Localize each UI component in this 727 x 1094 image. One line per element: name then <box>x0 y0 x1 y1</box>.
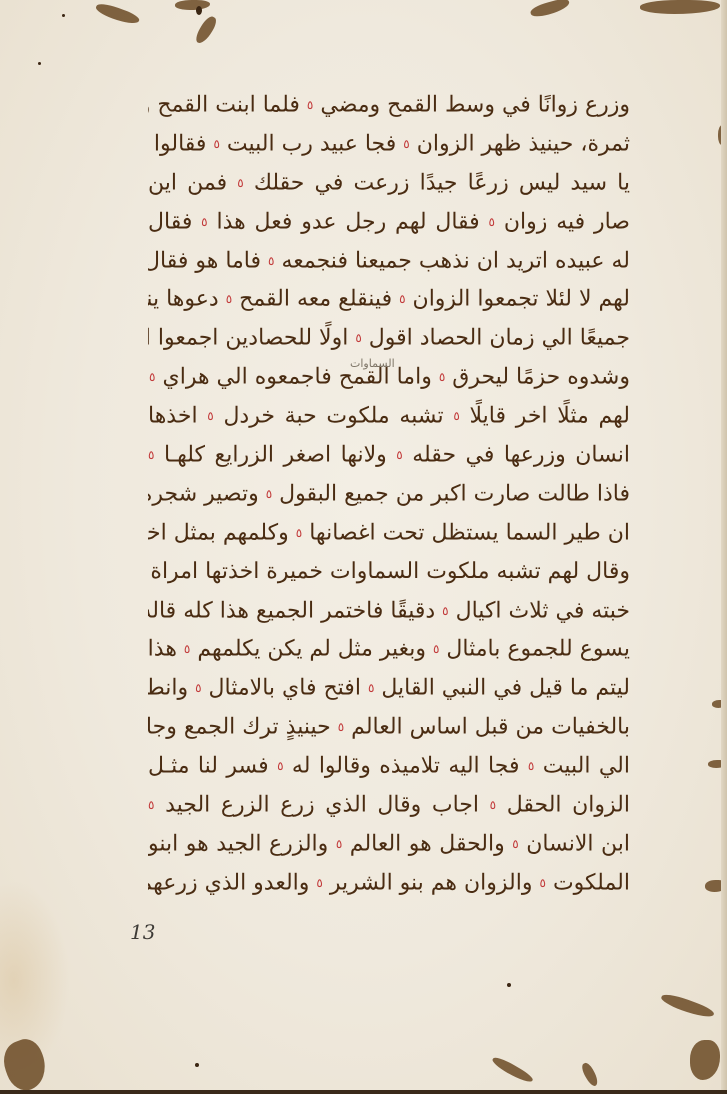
rubric-marker: ٥ <box>512 837 518 851</box>
page-edge-right <box>721 0 727 1094</box>
text-line-20: ابن الانسان ٥ والحقل هو العالم ٥ والزرع … <box>148 825 630 864</box>
rubric-marker: ٥ <box>266 487 272 501</box>
text-line-15: يسوع للجموع بامثال ٥ وبغير مثل لم يكن يك… <box>148 630 630 669</box>
text-line-14: خبته في ثلاث اكيال ٥ دقيقًا فاختمر الجمي… <box>148 592 630 631</box>
worm-damage-right-6 <box>690 1040 720 1080</box>
worm-damage-right-5 <box>660 991 716 1021</box>
worm-damage-top-1 <box>94 1 140 28</box>
ink-spot <box>38 62 41 65</box>
manuscript-page: وزرع زوانًا في وسط القمح ومضي ٥ فلما ابن… <box>0 0 727 1094</box>
worm-damage-bottom-1 <box>491 1054 535 1085</box>
text-line-19: الزوان الحقل ٥ اجاب وقال الذي زرع الزرع … <box>148 786 630 825</box>
rubric-marker: ٥ <box>201 215 207 229</box>
rubric-marker: ٥ <box>237 176 243 190</box>
text-line-16: ليتم ما قيل في النبي القايل ٥ افتح فاي ب… <box>148 669 630 708</box>
rubric-marker: ٥ <box>528 759 534 773</box>
text-line-18: الي البيت ٥ فجا اليه تلاميذه وقالوا له ٥… <box>148 747 630 786</box>
rubric-marker: ٥ <box>277 759 283 773</box>
rubric-marker: ٥ <box>195 681 201 695</box>
rubric-marker: ٥ <box>489 215 495 229</box>
rubric-marker: ٥ <box>403 137 409 151</box>
rubric-marker: ٥ <box>453 409 459 423</box>
text-line-2: ثمرة، حينيذ ظهر الزوان ٥ فجا عبيد رب الب… <box>148 125 630 164</box>
rubric-marker: ٥ <box>396 448 402 462</box>
rubric-marker: ٥ <box>355 331 361 345</box>
rubric-marker: ٥ <box>490 798 496 812</box>
rubric-marker: ٥ <box>442 604 448 618</box>
page-edge-bottom <box>0 1090 727 1094</box>
text-line-12: ان طير السما يستظل تحت اغصانها ٥ وكلمهم … <box>148 514 630 553</box>
text-line-13: وقال لهم تشبه ملكوت السماوات خميرة اخذته… <box>148 553 630 592</box>
text-line-3: يا سيد ليس زرعًا جيدًا زرعت في حقلك ٥ فم… <box>148 164 630 203</box>
rubric-marker: ٥ <box>338 720 344 734</box>
text-line-11: فاذا طالت صارت اكبر من جميع البقول ٥ وتص… <box>148 475 630 514</box>
rubric-marker: ٥ <box>307 98 313 112</box>
ink-spot <box>62 14 65 17</box>
worm-damage-top-5 <box>640 0 720 14</box>
ink-spot <box>196 6 202 15</box>
rubric-marker: ٥ <box>433 642 439 656</box>
worm-damage-bottom-2 <box>579 1061 600 1088</box>
rubric-marker: ٥ <box>213 137 219 151</box>
rubric-marker: ٥ <box>149 370 155 384</box>
rubric-marker: ٥ <box>540 876 546 890</box>
text-line-5: له عبيده اتريد ان نذهب جميعنا فنجمعه ٥ ف… <box>148 242 630 281</box>
text-line-21: الملكوت ٥ والزوان هم بنو الشرير ٥ والعدو… <box>148 864 630 903</box>
rubric-marker: ٥ <box>268 254 274 268</box>
rubric-marker: ٥ <box>336 837 342 851</box>
rubric-marker: ٥ <box>184 642 190 656</box>
ink-spot <box>507 983 511 987</box>
rubric-marker: ٥ <box>226 292 232 306</box>
ink-spot <box>195 1063 199 1067</box>
manuscript-text: وزرع زوانًا في وسط القمح ومضي ٥ فلما ابن… <box>148 86 630 903</box>
text-line-7: جميعًا الي زمان الحصاد اقول ٥ اولًا للحص… <box>148 319 630 358</box>
text-line-1: وزرع زوانًا في وسط القمح ومضي ٥ فلما ابن… <box>148 86 630 125</box>
text-line-10: انسان وزرعها في حقله ٥ ولانها اصغر الزرا… <box>148 436 630 475</box>
interlinear-note: السماوات <box>350 357 395 370</box>
text-line-6: لهم لا لئلا تجمعوا الزوان ٥ فينقلع معه ا… <box>148 280 630 319</box>
text-line-17: بالخفيات من قبل اساس العالم ٥ حينيذٍ ترك… <box>148 708 630 747</box>
rubric-marker: ٥ <box>368 681 374 695</box>
rubric-marker: ٥ <box>399 292 405 306</box>
worm-damage-top-4 <box>529 0 571 19</box>
rubric-marker: ٥ <box>207 409 213 423</box>
folio-number: 13 <box>130 920 155 944</box>
rubric-marker: ٥ <box>148 448 154 462</box>
worm-damage-top-3 <box>193 14 218 46</box>
worm-damage-top-2 <box>175 0 210 10</box>
text-line-4: صار فيه زوان ٥ فقال لهم رجل عدو فعل هذا … <box>148 203 630 242</box>
text-line-9: لهم مثلًا اخر قايلًا ٥ تشبه ملكوت حبة خر… <box>148 397 630 436</box>
rubric-marker: ٥ <box>148 798 154 812</box>
rubric-marker: ٥ <box>296 526 302 540</box>
rubric-marker: ٥ <box>316 876 322 890</box>
rubric-marker: ٥ <box>439 370 445 384</box>
